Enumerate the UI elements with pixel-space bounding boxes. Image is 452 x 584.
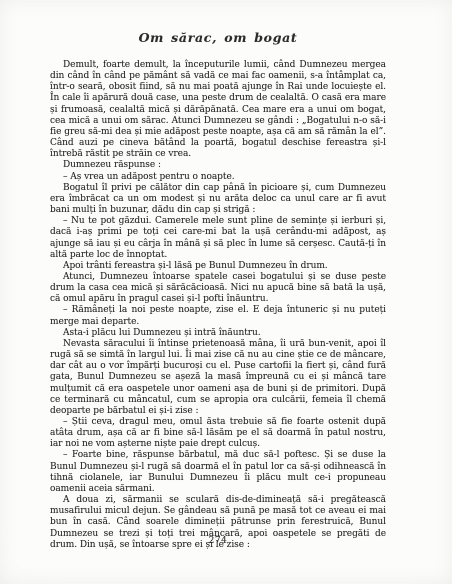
story-paragraph: Dumnezeu răspunse :: [50, 160, 386, 171]
story-paragraph: – Foarte bine, răspunse bărbatul, mă duc…: [50, 450, 386, 495]
story-paragraph: – Rămâneți la noi peste noapte, zise el.…: [50, 305, 386, 327]
story-paragraph: Apoi trânti fereastra și-l lăsă pe Bunul…: [50, 261, 386, 272]
story-paragraph: – Știi ceva, dragul meu, omul ăsta trebu…: [50, 417, 386, 450]
page-title: Om sărac, om bogat: [50, 30, 386, 45]
story-paragraph: Asta-i plăcu lui Dumnezeu și intră înăun…: [50, 328, 386, 339]
book-page: Om sărac, om bogat Demult, foarte demult…: [0, 0, 452, 584]
story-paragraph: Atunci, Dumnezeu întoarse spatele casei …: [50, 272, 386, 305]
story-paragraph: – Aș vrea un adăpost pentru o noapte.: [50, 172, 386, 183]
story-paragraph: – Nu te pot găzdui. Camerele mele sunt p…: [50, 216, 386, 261]
story-text-block: Demult, foarte demult, la începuturile l…: [50, 60, 386, 551]
story-paragraph: Bogatul îl privi pe călător din cap până…: [50, 183, 386, 216]
story-paragraph: Demult, foarte demult, la începuturile l…: [50, 60, 386, 160]
story-paragraph: Nevasta săracului îi întinse prietenoasă…: [50, 339, 386, 417]
page-number: 274: [50, 536, 386, 546]
